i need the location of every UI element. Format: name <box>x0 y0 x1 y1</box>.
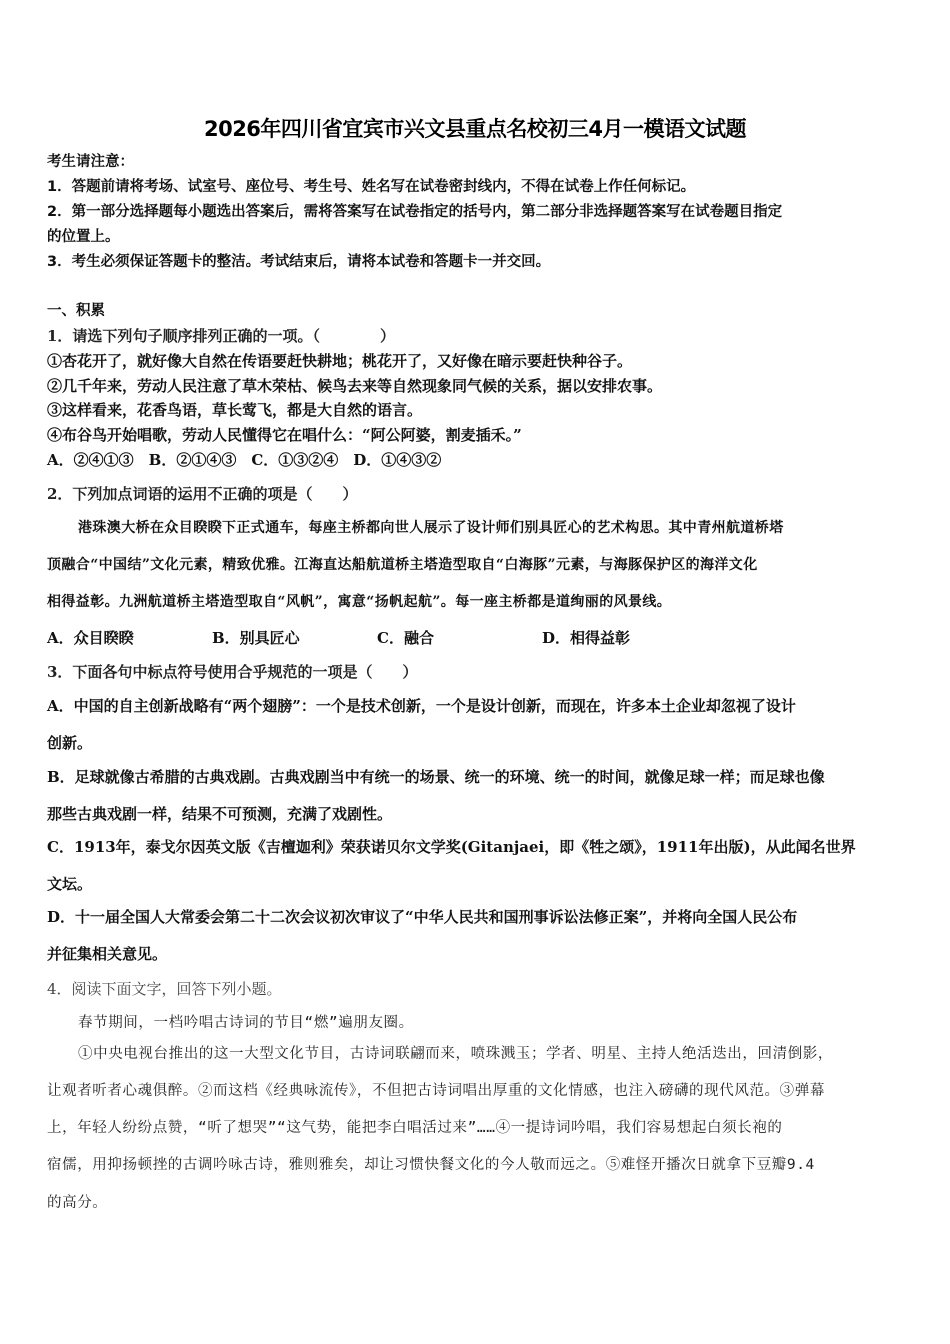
q2-passage-line: 相得益彰。九洲航道桥主塔造型取自“风帆”，寓意“扬帆起航”。每一座主桥都是道绚丽… <box>47 592 671 612</box>
page-title: 2026年四川省宜宾市兴文县重点名校初三4月一模语文试题 <box>0 113 950 143</box>
notice-item: 1．答题前请将考场、试室号、座位号、考生号、姓名写在试卷密封线内，不得在试卷上作… <box>47 177 695 197</box>
notice-item: 2．第一部分选择题每小题选出答案后，需将答案写在试卷指定的括号内，第二部分非选择… <box>47 202 782 222</box>
notice-item: 的位置上。 <box>47 227 120 247</box>
q3-line: D．十一届全国人大常委会第二十二次会议初次审议了“中华人民共和国刑事诉讼法修正案… <box>47 907 797 927</box>
q4-passage-line: 上，年轻人纷纷点赞，“听了想哭”“这气势，能把李白唱活过来”……④一提诗词吟唱，… <box>47 1118 782 1138</box>
q3-line: 创新。 <box>47 733 92 753</box>
notice-heading: 考生请注意： <box>47 152 134 172</box>
question-4-stem: 4．阅读下面文字，回答下列小题。 <box>47 979 282 999</box>
q2-option-b: B．别具匠心 <box>212 628 300 648</box>
q3-line: B．足球就像古希腊的古典戏剧。古典戏剧当中有统一的场景、统一的环境、统一的时间，… <box>47 767 825 787</box>
q3-line: A．中国的自主创新战略有“两个翅膀”：一个是技术创新，一个是设计创新，而现在，许… <box>47 696 796 716</box>
q4-passage-line: 让观者听者心魂俱醉。②而这档《经典咏流传》，不但把古诗词唱出厚重的文化情感，也注… <box>47 1081 825 1101</box>
q3-line: 文坛。 <box>47 874 92 894</box>
q3-line: 并征集相关意见。 <box>47 944 167 964</box>
q1-sentence: ③这样看来，花香鸟语，草长莺飞，都是大自然的语言。 <box>47 400 422 420</box>
q3-line: 那些古典戏剧一样，结果不可预测，充满了戏剧性。 <box>47 804 392 824</box>
q1-sentence: ①杏花开了，就好像大自然在传语要赶快耕地；桃花开了，又好像在暗示要赶快种谷子。 <box>47 351 632 371</box>
q1-options: A．②④①③ B．②①④③ C．①③②④ D．①④③② <box>47 450 441 470</box>
q2-passage-line: 顶融合“中国结”文化元素，精致优雅。江海直达船航道桥主塔造型取自“白海豚”元素，… <box>47 555 758 575</box>
q3-line: C．1913年，泰戈尔因英文版《吉檀迦利》荣获诺贝尔文学奖(Gitanjaei，… <box>47 837 856 857</box>
q4-intro: 春节期间，一档吟唱古诗词的节目“燃”遍朋友圈。 <box>78 1013 414 1033</box>
exam-page: 2026年四川省宜宾市兴文县重点名校初三4月一模语文试题 考生请注意： 1．答题… <box>0 0 950 1344</box>
section-heading: 一、积累 <box>47 301 105 321</box>
q1-sentence: ②几千年来，劳动人民注意了草木荣枯、候鸟去来等自然现象同气候的关系，据以安排农事… <box>47 376 662 396</box>
q2-option-a: A．众目睽睽 <box>47 628 134 648</box>
question-3-stem: 3．下面各句中标点符号使用合乎规范的一项是（ ） <box>47 662 417 682</box>
notice-item: 3．考生必须保证答题卡的整洁。考试结束后，请将本试卷和答题卡一并交回。 <box>47 252 550 272</box>
question-1-stem: 1．请选下列句子顺序排列正确的一项。（ ） <box>47 326 395 346</box>
q2-option-d: D．相得益彰 <box>542 628 630 648</box>
q1-sentence: ④布谷鸟开始唱歌，劳动人民懂得它在唱什么：“阿公阿婆，割麦插禾。” <box>47 425 522 445</box>
question-2-stem: 2．下列加点词语的运用不正确的项是（ ） <box>47 484 357 504</box>
q2-option-c: C．融合 <box>377 628 434 648</box>
q4-passage-line: 的高分。 <box>47 1193 107 1213</box>
q4-passage-line: 宿儒，用抑扬顿挫的古调吟咏古诗，雅则雅矣，却让习惯快餐文化的今人敬而远之。⑤难怪… <box>47 1155 815 1175</box>
q2-passage-line: 港珠澳大桥在众目睽睽下正式通车，每座主桥都向世人展示了设计师们别具匠心的艺术构思… <box>78 518 784 538</box>
q4-passage-line: ①中央电视台推出的这一大型文化节目，古诗词联翩而来，喷珠溅玉；学者、明星、主持人… <box>78 1044 833 1064</box>
